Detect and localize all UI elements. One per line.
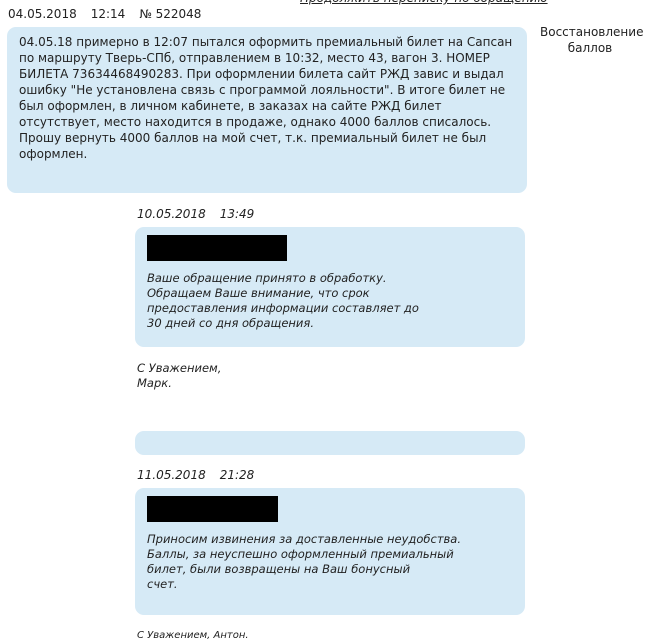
empty-message	[135, 431, 525, 455]
request-date: 04.05.2018	[8, 7, 77, 21]
request-number: № 522048	[139, 7, 201, 21]
reply-2-time: 21:28	[220, 468, 255, 482]
reply-2-text: Приносим извинения за доставленные неудо…	[147, 532, 487, 592]
reply-1-datetime: 10.05.201813:49	[137, 207, 268, 221]
request-header: 04.05.201812:14№ 522048	[8, 7, 215, 21]
redacted-operator-name	[147, 496, 278, 522]
request-category: Восстановление баллов	[540, 24, 640, 56]
reply-2-signature: С Уважением, Антон.	[137, 628, 249, 643]
reply-1-signature: С Уважением, Марк.	[137, 361, 221, 391]
request-text: 04.05.18 примерно в 12:07 пытался оформи…	[19, 34, 515, 162]
reply-1-time: 13:49	[220, 207, 255, 221]
continue-conversation-link[interactable]: Продолжить переписку по обращению	[300, 0, 548, 5]
request-time: 12:14	[91, 7, 126, 21]
reply-1-message: Ваше обращение принято в обработку. Обра…	[135, 227, 525, 347]
request-message: 04.05.18 примерно в 12:07 пытался оформи…	[7, 27, 527, 193]
reply-1-date: 10.05.2018	[137, 207, 206, 221]
reply-1-text: Ваше обращение принято в обработку. Обра…	[147, 271, 437, 331]
redacted-operator-name	[147, 235, 287, 261]
reply-2-message: Приносим извинения за доставленные неудо…	[135, 488, 525, 615]
reply-2-date: 11.05.2018	[137, 468, 206, 482]
reply-2-datetime: 11.05.201821:28	[137, 468, 268, 482]
